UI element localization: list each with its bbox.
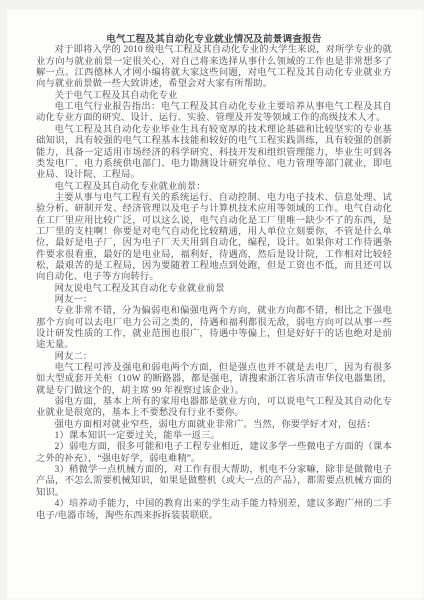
netizen-one-comment: 专业非常不错，分为偏弱电和偏强电两个方向，就业方向都不错，相比之下强电那个方向可… (36, 306, 392, 351)
advice-item-2: 2）弱电方面，很多可能和电子工程专业相近，建议多学一些微电子方面的（课本之外的补… (36, 442, 392, 465)
section-heading-netizen-comments: 网友说电气工程及其自动化专业就业前景 (36, 284, 392, 295)
advice-item-3: 3）稍微学一点机械方面的，对工作有很大帮助，机电不分家嘛，除非是做微电子产品，不… (36, 465, 392, 499)
netizen-two-comment-summary: 强电方面相对就业窄些，弱电方面就业非常广。当然，你要学好才对，包括： (36, 420, 392, 431)
netizen-two-label: 网友二： (36, 352, 392, 363)
employment-fields-paragraph: 主要从事与电气工程有关的系统运行、自动控制、电力电子技术、信息处理、试验分析、研… (36, 193, 392, 284)
netizen-two-comment-weak-current: 弱电方面，基本上所有的家用电器都是就业方向，可以说电气工程及其自动化专业就业是很… (36, 397, 392, 420)
document-content: 电气工程及其自动化专业就业情况及前景调查报告 对于即将入学的 2010 级电气工… (7, 10, 424, 522)
netizen-one-label: 网友一： (36, 295, 392, 306)
advice-item-4: 4）培养动手能力，中国的教育出来的学生动手能力特别差，建议多跑广州的二手电子/电… (36, 499, 392, 522)
netizen-two-comment-strong-current: 电气工程可涉及强电和弱电两个方面，但是强点也并不就是去电厂，因为有很多如大型成套… (36, 363, 392, 397)
advice-item-1: 1）课本知识一定要过关，能举一返三。 (36, 431, 392, 442)
graduate-skills-paragraph: 电气工程及其自动化专业毕业生具有较宽厚的技术理论基础和比较坚实的专业基础知识，具… (36, 125, 392, 182)
document-page: 电气工程及其自动化专业就业情况及前景调查报告 对于即将入学的 2010 级电气工… (7, 10, 424, 600)
section-heading-employment-outlook: 电气工程及其自动化专业就业前景： (36, 182, 392, 193)
section-heading-about-major: 关于电气工程及其自动化专业 (36, 91, 392, 102)
intro-paragraph: 对于即将入学的 2010 级电气工程及其自动化专业的大学生来说，对所学专业的就业… (36, 45, 392, 90)
document-title: 电气工程及其自动化专业就业情况及前景调查报告 (36, 34, 392, 45)
industry-report-paragraph: 电工电气行业报告指出：电气工程及其自动化专业主要培养从事电气工程及其自动化专业方… (36, 102, 392, 125)
